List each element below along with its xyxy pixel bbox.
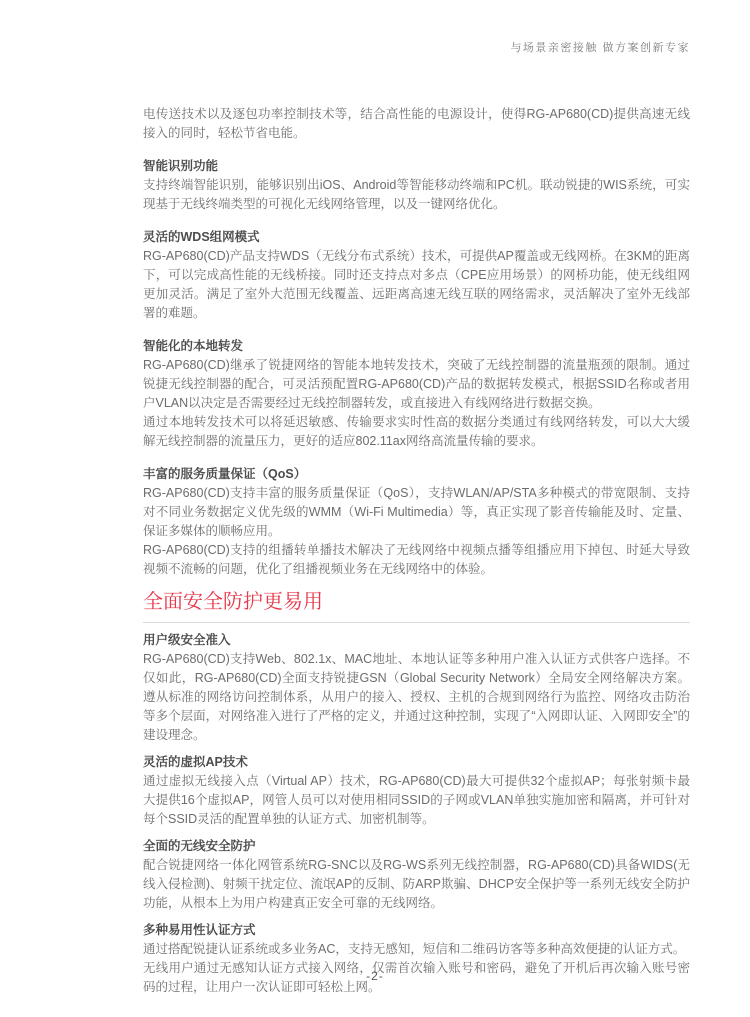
- section-paragraph: RG-AP680(CD)继承了锐捷网络的智能本地转发技术，突破了无线控制器的流量…: [143, 356, 690, 413]
- section-user-access: 用户级安全准入 RG-AP680(CD)支持Web、802.1x、MAC地址、本…: [143, 631, 690, 745]
- section-paragraph: RG-AP680(CD)支持的组播转单播技术解决了无线网络中视频点播等组播应用下…: [143, 541, 690, 579]
- intro-paragraph: 电传送技术以及逐包功率控制技术等，结合高性能的电源设计，使得RG-AP680(C…: [143, 105, 690, 143]
- section-paragraph: 通过虚拟无线接入点（Virtual AP）技术，RG-AP680(CD)最大可提…: [143, 772, 690, 829]
- section-heading: 智能识别功能: [143, 157, 690, 176]
- chapter-security: 全面安全防护更易用: [143, 589, 690, 623]
- section-paragraph: RG-AP680(CD)产品支持WDS（无线分布式系统）技术，可提供AP覆盖或无…: [143, 247, 690, 323]
- section-wds-networking: 灵活的WDS组网模式 RG-AP680(CD)产品支持WDS（无线分布式系统）技…: [143, 228, 690, 323]
- section-wireless-security: 全面的无线安全防护 配合锐捷网络一体化网管系统RG-SNC以及RG-WS系列无线…: [143, 837, 690, 913]
- section-paragraph: 配合锐捷网络一体化网管系统RG-SNC以及RG-WS系列无线控制器，RG-AP6…: [143, 856, 690, 913]
- section-paragraph: 通过本地转发技术可以将延迟敏感、传输要求实时性高的数据分类通过有线网络转发，可以…: [143, 413, 690, 451]
- page-footer: -2-: [0, 969, 750, 983]
- header-tagline: 与场景亲密接触 做方案创新专家: [510, 39, 690, 55]
- section-paragraph: RG-AP680(CD)支持丰富的服务质量保证（QoS），支持WLAN/AP/S…: [143, 484, 690, 541]
- section-heading: 灵活的WDS组网模式: [143, 228, 690, 247]
- section-local-forwarding: 智能化的本地转发 RG-AP680(CD)继承了锐捷网络的智能本地转发技术，突破…: [143, 337, 690, 451]
- document-page: 与场景亲密接触 做方案创新专家 电传送技术以及逐包功率控制技术等，结合高性能的电…: [0, 0, 750, 1017]
- section-heading: 丰富的服务质量保证（QoS）: [143, 465, 690, 484]
- section-qos: 丰富的服务质量保证（QoS） RG-AP680(CD)支持丰富的服务质量保证（Q…: [143, 465, 690, 579]
- section-heading: 用户级安全准入: [143, 631, 690, 650]
- page-content: 电传送技术以及逐包功率控制技术等，结合高性能的电源设计，使得RG-AP680(C…: [143, 105, 690, 997]
- section-easy-authentication: 多种易用性认证方式 通过搭配锐捷认证系统或多业务AC，支持无感知，短信和二维码访…: [143, 921, 690, 997]
- section-heading: 灵活的虚拟AP技术: [143, 753, 690, 772]
- section-paragraph: RG-AP680(CD)支持Web、802.1x、MAC地址、本地认证等多种用户…: [143, 650, 690, 745]
- section-heading: 多种易用性认证方式: [143, 921, 690, 940]
- page-number: -2-: [366, 969, 384, 983]
- chapter-divider: [143, 622, 690, 623]
- section-smart-identification: 智能识别功能 支持终端智能识别，能够识别出iOS、Android等智能移动终端和…: [143, 157, 690, 214]
- chapter-heading: 全面安全防护更易用: [143, 589, 690, 616]
- section-heading: 全面的无线安全防护: [143, 837, 690, 856]
- section-paragraph: 支持终端智能识别，能够识别出iOS、Android等智能移动终端和PC机。联动锐…: [143, 176, 690, 214]
- section-virtual-ap: 灵活的虚拟AP技术 通过虚拟无线接入点（Virtual AP）技术，RG-AP6…: [143, 753, 690, 829]
- section-paragraph: 通过搭配锐捷认证系统或多业务AC，支持无感知，短信和二维码访客等多种高效便捷的认…: [143, 940, 690, 959]
- section-heading: 智能化的本地转发: [143, 337, 690, 356]
